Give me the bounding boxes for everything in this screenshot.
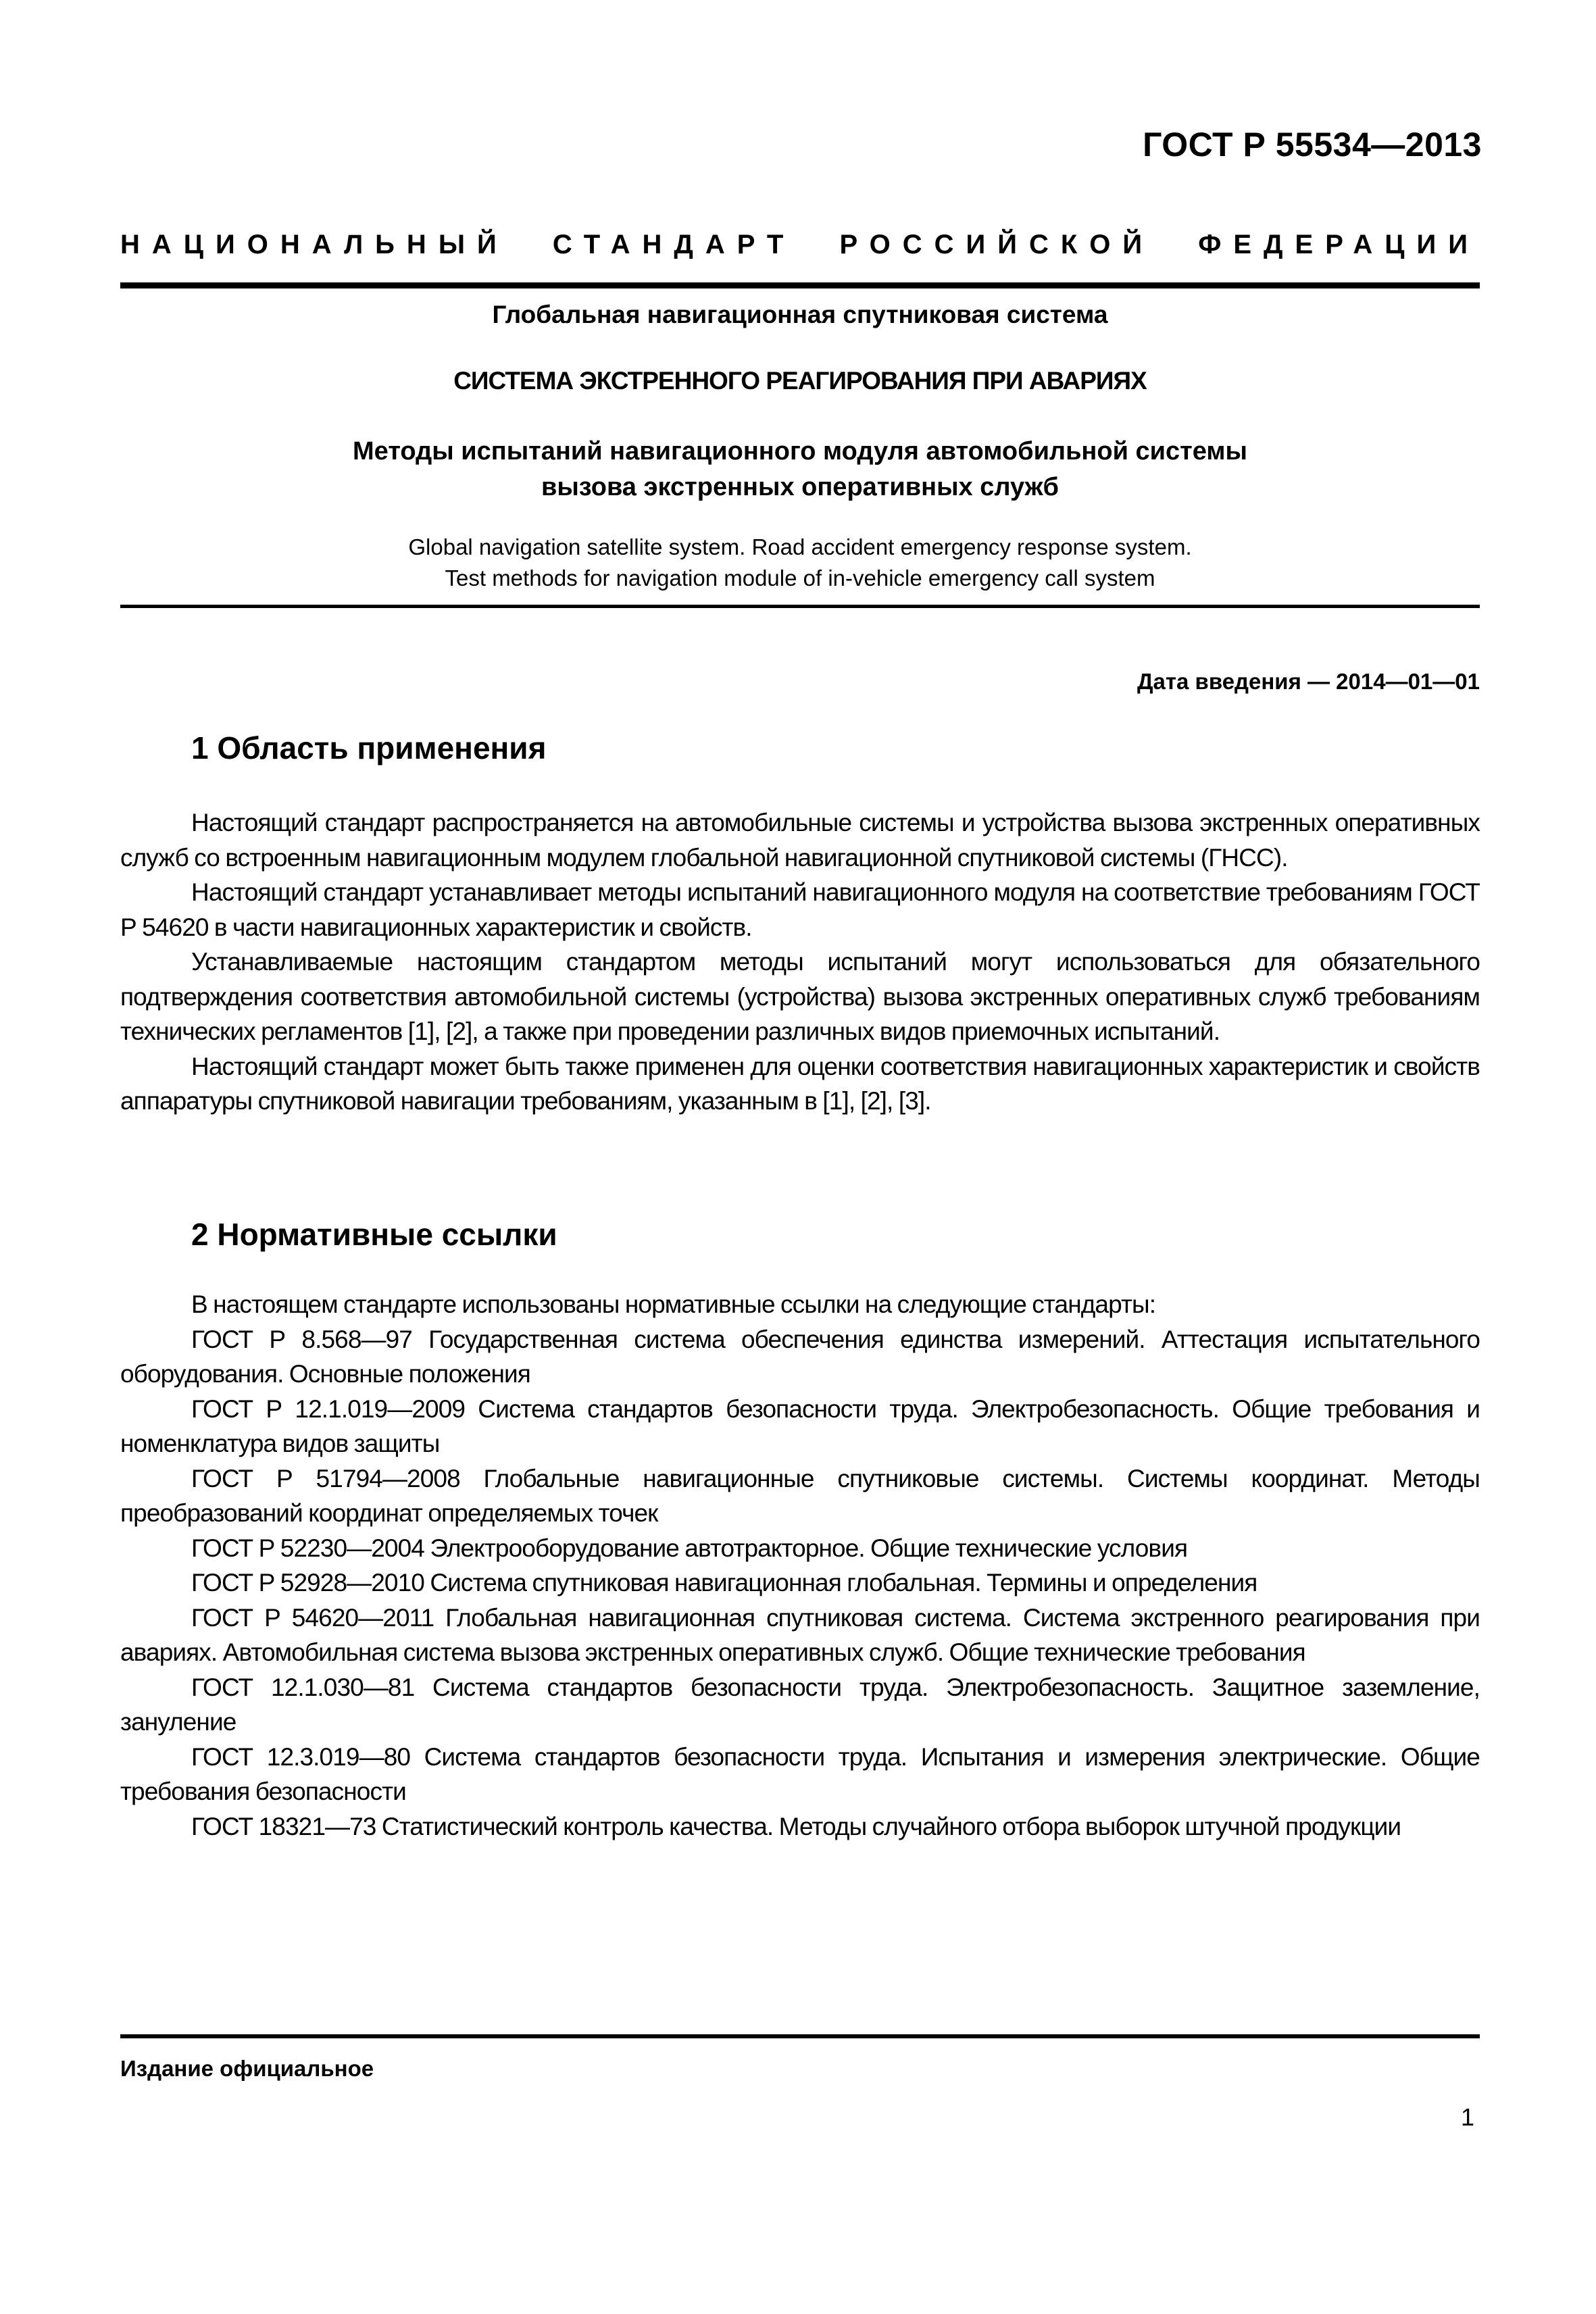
section-heading-normative-references: 2 Нормативные ссылки: [191, 1216, 557, 1253]
national-standard-header: НАЦИОНАЛЬНЫЙ СТАНДАРТ РОССИЙСКОЙ ФЕДЕРАЦ…: [120, 230, 1480, 260]
title-subtitle-line-1: Методы испытаний навигационного модуля а…: [120, 434, 1480, 470]
reference-item: ГОСТ Р 54620—2011 Глобальная навигационн…: [120, 1601, 1480, 1670]
reference-item: ГОСТ 12.3.019—80 Система стандартов безо…: [120, 1740, 1480, 1809]
title-main: СИСТЕМА ЭКСТРЕННОГО РЕАГИРОВАНИЯ ПРИ АВА…: [120, 367, 1480, 395]
paragraph: Настоящий стандарт может быть также прим…: [120, 1049, 1480, 1119]
footer-divider: [120, 2034, 1480, 2038]
title-subtitle-line-2: вызова экстренных оперативных служб: [120, 470, 1480, 505]
reference-item: ГОСТ Р 52230—2004 Электрооборудование ав…: [120, 1531, 1480, 1566]
official-edition-label: Издание официальное: [120, 2056, 374, 2082]
paragraph: Настоящий стандарт распространяется на а…: [120, 805, 1480, 875]
paragraph: Устанавливаемые настоящим стандартом мет…: [120, 945, 1480, 1049]
english-title-line-1: Global navigation satellite system. Road…: [120, 532, 1480, 563]
section-body-scope: Настоящий стандарт распространяется на а…: [120, 805, 1480, 1119]
page-number: 1: [1461, 2103, 1474, 2132]
reference-item: ГОСТ 12.1.030—81 Система стандартов безо…: [120, 1670, 1480, 1740]
reference-item: ГОСТ Р 52928—2010 Система спутниковая на…: [120, 1565, 1480, 1601]
section-body-normative-references: В настоящем стандарте использованы норма…: [120, 1287, 1480, 1844]
header-divider: [120, 282, 1480, 288]
reference-item: ГОСТ Р 12.1.019—2009 Система стандартов …: [120, 1392, 1480, 1461]
english-title-line-2: Test methods for navigation module of in…: [120, 563, 1480, 594]
paragraph: Настоящий стандарт устанавливает методы …: [120, 875, 1480, 945]
title-divider: [120, 605, 1480, 608]
paragraph: В настоящем стандарте использованы норма…: [120, 1287, 1480, 1322]
english-title: Global navigation satellite system. Road…: [120, 532, 1480, 594]
section-heading-scope: 1 Область применения: [191, 730, 546, 766]
document-code: ГОСТ Р 55534—2013: [1143, 125, 1482, 164]
reference-item: ГОСТ Р 8.568—97 Государственная система …: [120, 1322, 1480, 1392]
introduction-date: Дата введения — 2014—01—01: [1137, 669, 1480, 695]
title-system: Глобальная навигационная спутниковая сис…: [120, 301, 1480, 329]
reference-item: ГОСТ Р 51794—2008 Глобальные навигационн…: [120, 1461, 1480, 1531]
reference-item: ГОСТ 18321—73 Статистический контроль ка…: [120, 1809, 1480, 1844]
title-subtitle: Методы испытаний навигационного модуля а…: [120, 434, 1480, 505]
